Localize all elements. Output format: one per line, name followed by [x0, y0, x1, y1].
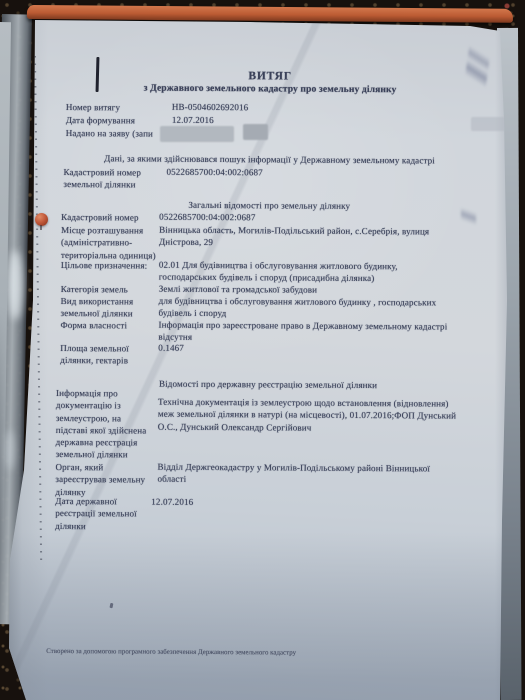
field-label: Дата формування [66, 114, 135, 127]
sewing-pin [35, 213, 48, 226]
document-content: ВИТЯГ з Державного земельного кадастру п… [0, 0, 525, 700]
field-value: 02.01 Для будівництва і обслуговування ж… [159, 259, 398, 285]
field-label: Форма власності [60, 319, 127, 332]
field-label: Категорія земель [61, 283, 128, 296]
field-label: Місце розташування (адміністративно- тер… [61, 224, 156, 262]
field-label: Дата державної реєстрації земельної діля… [55, 495, 137, 532]
field-label: Площа земельної ділянки, гектарів [60, 342, 129, 367]
field-label: Цільове призначення: [61, 259, 148, 272]
field-value: Відділ Держгеокадастру у Могилів-Подільс… [157, 461, 430, 487]
field-value: Вінницька область, Могилів-Подільський р… [159, 224, 429, 250]
field-label: Номер витягу [66, 101, 120, 114]
field-label: Орган, який зареєстрував земельну ділянк… [55, 461, 145, 498]
gutter-highlight [5, 430, 15, 470]
section-header: Дані, за якими здійснювався пошук інформ… [40, 152, 500, 167]
field-value: 12.07.2016 [151, 496, 193, 509]
field-label: Надано на заяву (запи [66, 127, 153, 140]
field-value: Технічна документація із землеустрою щод… [158, 396, 456, 435]
field-value: 0522685700:04:002:0687 [166, 166, 262, 179]
field-label: Кадастровий номер [61, 211, 139, 224]
field-label: Інформація про документацію із землеустр… [56, 387, 147, 461]
doc-footer: Створено за допомогою програмного забезп… [46, 648, 296, 657]
photo-stage: ВИТЯГ з Державного земельного кадастру п… [0, 0, 525, 700]
doc-subtitle: з Державного земельного кадастру про зем… [40, 82, 500, 96]
field-value: 0.1467 [158, 342, 184, 354]
field-value: НВ-0504602692016 [172, 101, 248, 114]
gutter-highlight [8, 250, 23, 320]
field-label: Кадастровий номер земельної ділянки [63, 166, 141, 191]
field-value: 12.07.2016 [172, 114, 214, 127]
document-paper: ВИТЯГ з Державного земельного кадастру п… [0, 0, 525, 700]
field-value: для будівництва і обслуговування житлово… [159, 295, 437, 321]
field-value: Інформація про зареєстроване право в Дер… [158, 319, 447, 346]
field-label: Вид використання земельної ділянки [61, 295, 134, 320]
field-value: 0522685700:04:002:0687 [159, 211, 255, 224]
